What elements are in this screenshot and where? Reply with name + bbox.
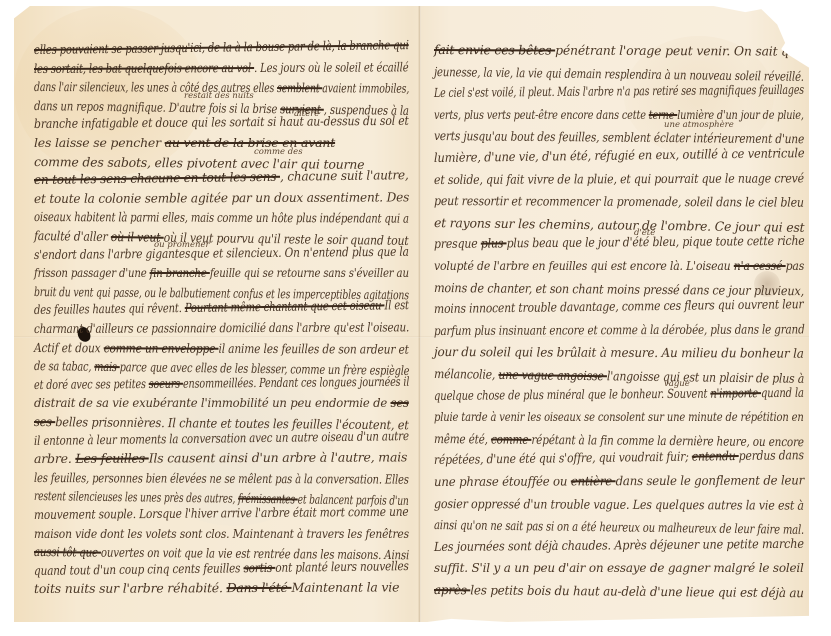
line-text: des feuilles hautes qui rêvent. [34, 300, 185, 317]
manuscript-line: moins innocent trouble davantage, comme … [434, 296, 804, 316]
line-text: répétant à la fin comme la dernière heur… [531, 432, 804, 449]
manuscript-line: moins de chanter, et son chant moins pre… [434, 280, 804, 298]
deleted-text: sortis [243, 560, 275, 575]
manuscript-line: s'endort dans l'arbre gigantesque et sil… [34, 243, 409, 261]
line-text: branche infatigable et douce qui les sor… [34, 113, 409, 131]
manuscript-line: presque plus plus beau que le jour d'été… [434, 233, 805, 251]
line-text: s'endort dans l'arbre gigantesque et sil… [34, 243, 409, 261]
manuscript-line: volupté de l'arbre en feuilles qui est e… [434, 258, 804, 273]
line-text: charmant d'ailleurs ce passionnaire domi… [34, 319, 409, 336]
manuscript-line: il entonne à leur moments la conversatio… [34, 428, 409, 448]
line-text: jeunesse, la vie, la vie qui demain resp… [434, 64, 804, 84]
line-text: moins de chanter, et son chant moins pre… [434, 280, 804, 298]
deleted-text: ses [391, 395, 409, 410]
line-text: oiseaux habitent là parmi elles, mais co… [34, 209, 409, 226]
manuscript-line: les feuilles, personnes bien élevées ne … [34, 470, 409, 487]
interlinear-insertion: d'été [634, 228, 655, 238]
manuscript-line: jeunesse, la vie, la vie qui demain resp… [434, 64, 804, 84]
line-text: peut ressortir et recommencer la promena… [434, 193, 804, 210]
line-text: suffit. S'il y a un peu d'air on essaye … [434, 560, 804, 575]
line-text: volupté de l'arbre en feuilles qui est e… [434, 258, 734, 273]
deleted-text: n'importe [710, 385, 761, 400]
manuscript-line: en tout les sens chacune en tout les sen… [34, 167, 409, 187]
manuscript-line: les sortait, les bat quelquefois encore … [34, 59, 409, 76]
interlinear-insertion: altère [294, 109, 319, 119]
deleted-text: en tout les sens chacune en tout les sen… [34, 169, 280, 187]
manuscript-line: branche infatigable et douce qui les sor… [34, 113, 409, 131]
line-text: gosier oppressé d'un trouble vague. Les … [434, 496, 804, 513]
line-text: pénétrant l'orage peut venir. On sait qu… [555, 43, 804, 59]
line-text: distrait de sa vie exubérante l'immobili… [34, 395, 391, 410]
deleted-text: après [434, 582, 470, 597]
line-text: . Les jours où le soleil et écaillé [254, 59, 408, 75]
deleted-text: plus [481, 236, 507, 251]
manuscript-line: répétées, d'une été qui s'offre, qui vou… [434, 448, 804, 468]
manuscript-line: jour du soleil qui les brûlait à mesure.… [434, 344, 804, 361]
interlinear-insertion: comme des [254, 147, 303, 157]
manuscript-line: fait envie ces bêtes pénétrant l'orage p… [434, 42, 804, 59]
line-text: répétées, d'une été qui s'offre, qui vou… [434, 449, 692, 467]
line-text: verts, plus verts peut-être encore dans … [434, 107, 649, 122]
deleted-text: comme un enveloppe [104, 340, 219, 356]
manuscript-line: charmant d'ailleurs ce passionnaire domi… [34, 319, 409, 336]
line-text: Ils causent ainsi d'un arbre à l'autre, … [149, 450, 408, 466]
manuscript-line: après les petits bois du haut au-delà d'… [434, 582, 804, 600]
line-text: Les journées sont déjà chaudes. Après dé… [434, 536, 804, 554]
manuscript-line: et rayons sur les chemins, autour de l'o… [434, 215, 805, 235]
line-text: ont planté leurs nouvelles [275, 558, 409, 575]
line-text: quand tout d'un coup cinq cents feuilles [34, 560, 244, 578]
line-text: et doré avec ses petites [34, 376, 149, 392]
line-text: pluie tarde à venir les oiseaux se conso… [434, 409, 804, 424]
line-text: ainsi qu'on ne sait pas si on a été heur… [434, 517, 804, 537]
manuscript-line: et doré avec ses petites soeurs ensommei… [34, 374, 409, 392]
manuscript-line: une phrase étouffée ou entière dans seul… [434, 472, 804, 489]
line-text: , chacune suit l'autre, [280, 167, 409, 184]
deleted-text: entendu [692, 448, 739, 464]
manuscript-line: distrait de sa vie exubérante l'immobili… [34, 395, 409, 410]
line-text: presque [434, 236, 481, 251]
deleted-text: fin branche [150, 265, 210, 280]
deleted-text: Pourtant même chantant que cet oiseau [185, 298, 385, 316]
line-text: frisson passager d'une [34, 265, 150, 280]
manuscript-line: quand tout d'un coup cinq cents feuilles… [34, 558, 409, 578]
line-text: les laisse se pencher [34, 135, 165, 150]
line-text: maison vide dont les volets sont clos. M… [34, 526, 409, 541]
manuscript-line: verts jusqu'au bout des feuilles, semble… [434, 128, 804, 146]
manuscript-line: verts, plus verts peut-être encore dans … [434, 107, 804, 122]
manuscript-line: frisson passager d'une fin branche feuil… [34, 265, 409, 280]
line-text: il anime les feuilles de son ardeur et [218, 340, 408, 356]
line-text: parfum plus insinuant encore et comme à … [434, 321, 805, 338]
manuscript-line: Actif et doux comme un enveloppe il anim… [34, 340, 409, 357]
manuscript-line: maison vide dont les volets sont clos. M… [34, 526, 409, 541]
deleted-text: une vague angoisse [498, 367, 607, 383]
deleted-text: ses [34, 414, 55, 429]
deleted-text: Les feuilles [75, 451, 148, 466]
line-text: quand la [761, 384, 804, 399]
line-text: dans seule le gonflement de leur [616, 472, 805, 488]
line-text: même été, [434, 431, 491, 446]
manuscript-line: quelque chose de plus minéral que le bon… [434, 384, 804, 402]
interlinear-insertion: une atmosphère [664, 120, 734, 130]
line-text: toits nuits sur l'arbre réhabité. [34, 581, 227, 597]
line-text: de sa tabac, [34, 358, 94, 374]
deleted-text: les sortait, les bat quelquefois encore … [34, 60, 254, 76]
deleted-text: au vent de la brise en avant [165, 135, 335, 150]
manuscript-sheet: elles pouvaient se passer jusqu'ici, de … [14, 6, 809, 622]
interlinear-insertion: vague [664, 379, 690, 389]
manuscript-line: elles pouvaient se passer jusqu'ici, de … [34, 37, 409, 57]
manuscript-line: mouvement souple. Lorsque l'hiver arrive… [34, 504, 409, 522]
deleted-text: elles pouvaient se passer jusqu'ici, de … [34, 37, 409, 57]
manuscript-line: toits nuits sur l'arbre réhabité. Dans l… [34, 580, 399, 597]
deleted-text: soeurs [149, 375, 183, 390]
deleted-text: Dans l'été [227, 580, 292, 595]
line-text: l'angoisse qui est un plaisir de plus à [607, 368, 804, 386]
line-text: avaient [322, 80, 359, 95]
manuscript-line: parfum plus insinuant encore et comme à … [434, 321, 805, 338]
manuscript-line: peut ressortir et recommencer la promena… [434, 193, 804, 210]
manuscript-line: lumière, d'une vie, d'un été, réfugié en… [434, 145, 805, 165]
manuscript-line: Le ciel s'est voilé, il pleut. Mais l'ar… [434, 82, 804, 100]
deleted-text: mais [94, 359, 120, 374]
line-text: arbre. [34, 451, 75, 466]
manuscript-line: pluie tarde à venir les oiseaux se conso… [434, 409, 804, 424]
line-text: Il est [384, 297, 409, 312]
line-text: les feuilles, personnes bien élevées ne … [34, 470, 409, 487]
page-fold [418, 6, 421, 622]
manuscript-line: suffit. S'il y a un peu d'air on essaye … [434, 560, 804, 575]
manuscript-line: des feuilles hautes qui rêvent. Pourtant… [34, 297, 409, 317]
manuscript-line: arbre. Les feuilles Ils causent ainsi d'… [34, 450, 407, 467]
deleted-text: n'a cessé [734, 258, 786, 273]
deleted-text: aussi tôt que [34, 544, 101, 560]
deleted-text: entière [571, 473, 616, 488]
interlinear-insertion: restait des nuits [184, 91, 254, 101]
line-text: et rayons sur les chemins, autour de l'o… [434, 215, 805, 235]
manuscript-line: Les journées sont déjà chaudes. Après dé… [434, 536, 804, 554]
manuscript-line: oiseaux habitent là parmi elles, mais co… [34, 209, 409, 226]
line-text: pas [786, 258, 805, 273]
line-text: perdus dans [739, 448, 804, 464]
line-text: Maintenant la vie [291, 580, 399, 595]
manuscript-line: et toute la colonie semble agitée par un… [34, 189, 409, 206]
deleted-text: fait envie ces bêtes [434, 42, 555, 58]
interlinear-insertion: ou promener [154, 240, 210, 250]
line-text: moins innocent trouble davantage, comme … [434, 296, 804, 316]
line-text: plus beau que le jour d'été bleu, pique … [506, 233, 804, 251]
line-text: jour du soleil qui les brûlait à mesure.… [434, 344, 804, 361]
line-text: feuille qui se retourne sans s'éveiller … [210, 265, 409, 280]
manuscript-line: mélancolie, une vague angoisse l'angoiss… [434, 366, 804, 386]
line-text: et solide, qui fait vivre de la pluie, e… [434, 170, 804, 187]
manuscript-line: même été, comme répétant à la fin comme … [434, 431, 804, 449]
manuscript-line: gosier oppressé d'un trouble vague. Les … [434, 496, 804, 513]
line-text: Le ciel s'est voilé, il pleut. Mais l'ar… [434, 82, 804, 100]
line-text: une phrase étouffée ou [434, 473, 571, 489]
manuscript-line: et solide, qui fait vivre de la pluie, e… [434, 170, 804, 187]
line-text: restent silencieuses les unes près des a… [34, 488, 238, 506]
line-text: et toute la colonie semble agitée par un… [34, 189, 409, 206]
line-text: ensommeillées. Pendant ces longues journ… [183, 374, 409, 391]
line-text: faculté d'aller [34, 228, 111, 244]
deleted-text: semblent [277, 80, 322, 95]
line-text: mélancolie, [434, 366, 499, 382]
line-text: verts jusqu'au bout des feuilles, semble… [434, 128, 804, 146]
line-text: lumière, d'une vie, d'un été, réfugié en… [434, 145, 805, 165]
deleted-text: comme [491, 431, 532, 446]
line-text: mouvement souple. Lorsque l'hiver arrive… [34, 504, 409, 522]
line-text: Actif et doux [34, 340, 104, 355]
manuscript-line: ainsi qu'on ne sait pas si on a été heur… [434, 517, 804, 537]
line-text: immobiles, [359, 81, 409, 96]
line-text: les petits bois du haut au-delà d'une li… [470, 582, 804, 600]
line-text: il entonne à leur moments la conversatio… [34, 428, 409, 448]
